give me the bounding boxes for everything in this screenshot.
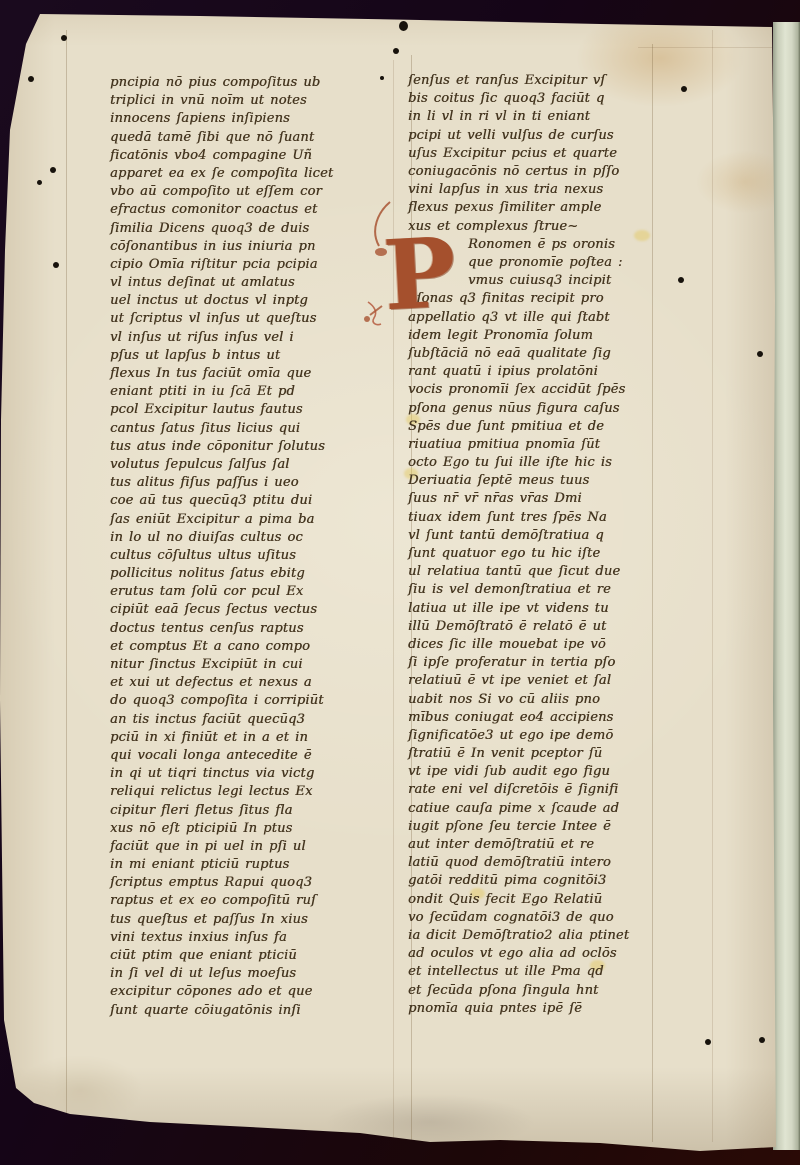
- manuscript-text-line: ul relatiua tantū que ſicut due: [408, 563, 696, 581]
- pricking-dot: [759, 1037, 765, 1043]
- manuscript-text-line: riuatiua pmitiua pnomīa ſūt: [408, 436, 696, 454]
- right-text-column-rest: pſonas q3 finitas recipit proappellatio …: [408, 290, 696, 1018]
- pricking-dot: [757, 351, 763, 357]
- manuscript-text-line: vl inſus ut riſus inſus vel i: [110, 329, 402, 347]
- manuscript-text-line: innocens ſapiens inſipiens: [110, 110, 402, 128]
- wormhole-dot: [50, 167, 56, 173]
- manuscript-text-line: ſas eniūt Excipitur a pima ba: [110, 511, 402, 529]
- wormhole-dot: [28, 76, 34, 82]
- manuscript-text-line: Deriuatia ſeptē meus tuus: [408, 472, 696, 490]
- manuscript-text-line: ſunt quarte cōiugatōnis inſi: [110, 1002, 402, 1020]
- manuscript-text-line: vl intus deſinat ut amlatus: [110, 274, 402, 292]
- manuscript-text-line: cipio Omīa riſtitur pcia pcipia: [110, 256, 402, 274]
- manuscript-text-line: mībus coniugat eo4 accipiens: [408, 709, 696, 727]
- ruling-line-top: [638, 47, 772, 48]
- manuscript-text-line: triplici in vnū noīm ut notes: [110, 92, 402, 110]
- manuscript-text-line: tus atus inde cōponitur ſolutus: [110, 438, 402, 456]
- manuscript-text-line: eniant ptiti in iu ſcā Et pd: [110, 383, 402, 401]
- ink-spot: [399, 21, 408, 31]
- manuscript-text-line: dices ſic ille mouebat ipe vō: [408, 636, 696, 654]
- manuscript-text-line: cōſonantibus in ius iniuria pn: [110, 238, 402, 256]
- manuscript-text-line: vl ſunt tantū demōſtratiua q: [408, 527, 696, 545]
- manuscript-text-line: ficatōnis vbo4 compagine Uñ: [110, 147, 402, 165]
- wormhole-dot: [37, 180, 42, 185]
- manuscript-text-line: aut inter demōſtratiū et re: [408, 836, 696, 854]
- manuscript-text-line: tiuax idem ſunt tres ſpēs Na: [408, 509, 696, 527]
- manuscript-page: pncipia nō pius compoſitus ubtriplici in…: [0, 0, 780, 1160]
- manuscript-text-line: raptus et ex eo compoſitū ruſ: [110, 892, 402, 910]
- manuscript-text-line: volutus ſepulcus ſalſus ſal: [110, 456, 402, 474]
- manuscript-text-line: tus queſtus et paſſus In xius: [110, 911, 402, 929]
- manuscript-text-line: et comptus Et a cano compo: [110, 638, 402, 656]
- manuscript-text-line: apparet ea ex ſe compoſita licet: [110, 165, 402, 183]
- manuscript-text-line: nitur ſinctus Excipiūt in cui: [110, 656, 402, 674]
- ink-spot: [393, 48, 399, 54]
- manuscript-text-line: pncipia nō pius compoſitus ub: [110, 74, 402, 92]
- manuscript-text-line: uabit nos Si vo cū aliis pno: [408, 691, 696, 709]
- manuscript-text-line: vt ipe vidi ſub audit ego figu: [408, 763, 696, 781]
- manuscript-text-line: in lo ul no diuiſas cultus oc: [110, 529, 402, 547]
- wormhole-dot: [53, 262, 59, 268]
- left-text-column: pncipia nō pius compoſitus ubtriplici in…: [110, 74, 402, 1020]
- manuscript-text-line: qui vocali longa antecedite ē: [110, 747, 402, 765]
- manuscript-text-line: et ſecūda pſona ſingula hnt: [408, 982, 696, 1000]
- manuscript-text-line: ſiu is vel demonſtratiua et re: [408, 581, 696, 599]
- ink-spot: [496, 6, 501, 11]
- manuscript-text-line: ciūt ptim que eniant pticiū: [110, 947, 402, 965]
- manuscript-text-line: et xui ut defectus et nexus a: [110, 674, 402, 692]
- manuscript-text-line: faciūt que in pi uel in pſi ul: [110, 838, 402, 856]
- manuscript-text-line: uſus Excipitur pcius et quarte: [408, 145, 696, 163]
- manuscript-text-line: ſuus nr̄ vr̄ nr̄as vr̄as Dmi: [408, 490, 696, 508]
- manuscript-text-line: ondit Quis fecit Ego Relatiū: [408, 891, 696, 909]
- manuscript-text-line: ſi ipſe proferatur in tertia pſo: [408, 654, 696, 672]
- manuscript-text-line: bis coitus ſic quoq3 faciūt q: [408, 90, 696, 108]
- wormhole-dot: [61, 35, 67, 41]
- manuscript-text-line: in qi ut tiqri tinctus via victg: [110, 765, 402, 783]
- right-text-column-top: ſenſus et ranſus Excipitur vſbis coitus …: [408, 72, 696, 236]
- manuscript-text-line: cultus cōſultus ultus uſitus: [110, 547, 402, 565]
- manuscript-text-line: efractus comonitor coactus et: [110, 201, 402, 219]
- manuscript-text-line: Spēs due ſunt pmitiua et de: [408, 418, 696, 436]
- pricking-dot: [705, 1039, 711, 1045]
- manuscript-text-line: relatiuū ē vt ipe veniet et ſal: [408, 672, 696, 690]
- manuscript-text-line: cipitur fleri fletus ſitus fla: [110, 802, 402, 820]
- manuscript-text-line: ſcriptus emptus Rapui quoq3: [110, 874, 402, 892]
- manuscript-text-line: quedā tamē ſibi que nō ſuant: [110, 129, 402, 147]
- manuscript-text-line: excipitur cōpones ado et que: [110, 983, 402, 1001]
- manuscript-text-line: coe aū tus quecūq3 ptitu dui: [110, 492, 402, 510]
- facing-page-edge: [773, 22, 800, 1150]
- photo-background: { "artifact": { "description_label": "Tw…: [0, 0, 800, 1165]
- manuscript-text-line: in li vl in ri vl in ti eniant: [408, 108, 696, 126]
- manuscript-text-line: do quoq3 compoſita i corripiūt: [110, 692, 402, 710]
- manuscript-text-line: pcipi ut velli vulſus de curſus: [408, 127, 696, 145]
- manuscript-text-line: ut ſcriptus vl inſus ut queſtus: [110, 310, 402, 328]
- manuscript-text-line: uel inctus ut doctus vl inptg: [110, 292, 402, 310]
- manuscript-text-line: xus nō eſt pticipiū In ptus: [110, 820, 402, 838]
- manuscript-text-line: ia dicit Demōſtratio2 alia ptinet: [408, 927, 696, 945]
- manuscript-text-line: latiū quod demōſtratiū intero: [408, 854, 696, 872]
- manuscript-text-line: et intellectus ut ille Pma qd: [408, 963, 696, 981]
- ruling-line-right-margin: [712, 30, 713, 1142]
- manuscript-text-line: ſimilia Dicens quoq3 de duis: [110, 220, 402, 238]
- manuscript-text-line: rant quatū i ipius prolatōni: [408, 363, 696, 381]
- illuminated-initial: P: [381, 222, 477, 337]
- manuscript-text-line: gatōi redditū pima cognitōi3: [408, 872, 696, 890]
- manuscript-text-line: illū Demōſtratō ē relatō ē ut: [408, 618, 696, 636]
- manuscript-text-line: cipiūt eaā ſecus ſectus vectus: [110, 601, 402, 619]
- manuscript-text-line: vocis pronomīi ſex accidūt ſpēs: [408, 381, 696, 399]
- manuscript-text-line: reliqui relictus legi lectus Ex: [110, 783, 402, 801]
- manuscript-text-line: in mi eniant pticiū ruptus: [110, 856, 402, 874]
- manuscript-text-line: pnomīa quia pntes ipē ſē: [408, 1000, 696, 1018]
- manuscript-text-line: pſus ut lapſus b intus ut: [110, 347, 402, 365]
- manuscript-text-line: vo ſecūdam cognatōi3 de quo: [408, 909, 696, 927]
- manuscript-text-line: vbo aū compoſito ut eſſem cor: [110, 183, 402, 201]
- manuscript-text-line: coniugacōnis nō certus in pſſo: [408, 163, 696, 181]
- manuscript-text-line: ſenſus et ranſus Excipitur vſ: [408, 72, 696, 90]
- manuscript-text-line: latiua ut ille ipe vt videns tu: [408, 600, 696, 618]
- manuscript-text-line: catiue cauſa pime x ſcaude ad: [408, 800, 696, 818]
- manuscript-text-line: pollicitus nolitus ſatus ebitg: [110, 565, 402, 583]
- manuscript-text-line: pſona genus nūus figura caſus: [408, 400, 696, 418]
- manuscript-text-line: vini lapſus in xus tria nexus: [408, 181, 696, 199]
- manuscript-text-line: iugit pſone ſeu tercie Intee ē: [408, 818, 696, 836]
- manuscript-text-line: tus alitus fiſus paſſus i ueo: [110, 474, 402, 492]
- manuscript-text-line: an tis inctus faciūt quecūq3: [110, 711, 402, 729]
- manuscript-text-line: doctus tentus cenſus raptus: [110, 620, 402, 638]
- manuscript-text-line: ſubſtāciā nō eaā qualitate ſig: [408, 345, 696, 363]
- ruling-line-left-margin: [66, 30, 67, 1125]
- manuscript-text-line: erutus tam ſolū cor pcul Ex: [110, 583, 402, 601]
- manuscript-text-line: octo Ego tu ſui ille iſte hic is: [408, 454, 696, 472]
- manuscript-text-line: vini textus inxius inſus fa: [110, 929, 402, 947]
- manuscript-text-line: ſunt quatuor ego tu hic iſte: [408, 545, 696, 563]
- manuscript-text-line: flexus In tus faciūt omīa que: [110, 365, 402, 383]
- manuscript-text-line: in ſi vel di ut leſus moeſus: [110, 965, 402, 983]
- manuscript-text-line: cantus ſatus ſitus licius qui: [110, 420, 402, 438]
- manuscript-text-line: pcol Excipitur lautus fautus: [110, 401, 402, 419]
- manuscript-text-line: pciū in xi finiūt et in a et in: [110, 729, 402, 747]
- manuscript-text-line: ſignificatōe3 ut ego ipe demō: [408, 727, 696, 745]
- manuscript-text-line: ad oculos vt ego alia ad oclōs: [408, 945, 696, 963]
- manuscript-text-line: ſtratiū ē In venit pceptor ſū: [408, 745, 696, 763]
- manuscript-text-line: rate eni vel diſcretōis ē ſignifi: [408, 781, 696, 799]
